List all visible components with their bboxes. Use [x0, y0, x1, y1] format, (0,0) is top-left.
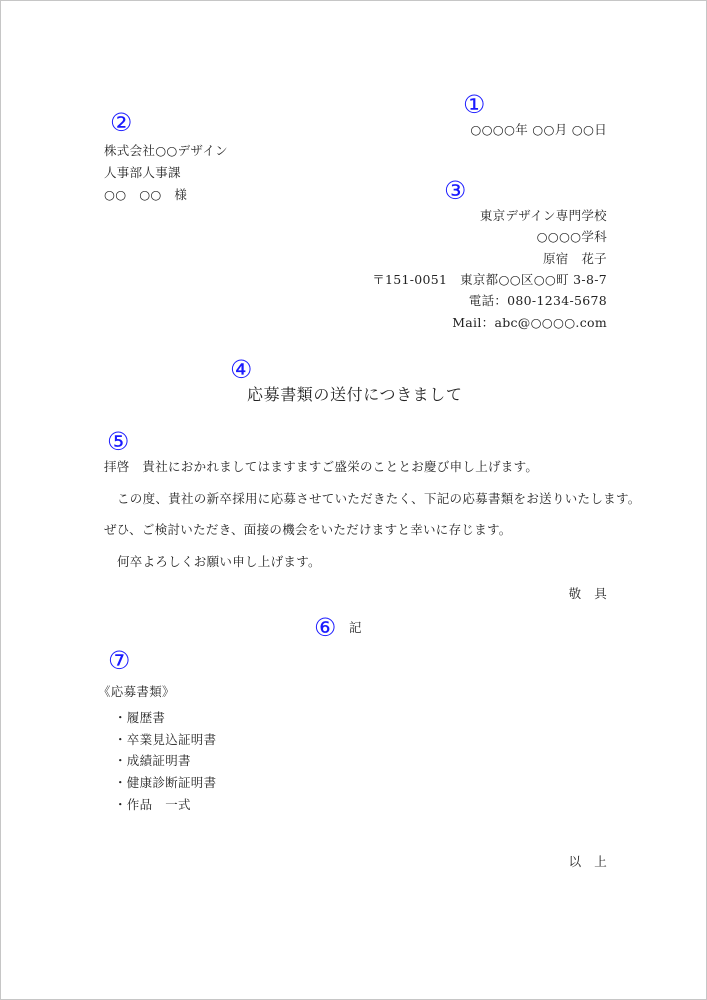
enclosure-item: ・成績証明書	[114, 753, 191, 769]
enclosures-heading: 《応募書類》	[98, 684, 175, 700]
body-paragraph-1: この度、貴社の新卒採用に応募させていただきたく、下記の応募書類をお送りいたします…	[117, 491, 641, 507]
letter-page: ① ○○○○年 ○○月 ○○日 ② 株式会社○○デザイン 人事部人事課 ○○ ○…	[0, 0, 707, 1000]
marker-4: ④	[230, 357, 252, 383]
ki-label: 記	[349, 620, 362, 636]
enclosure-item: ・卒業見込証明書	[114, 732, 216, 748]
enclosure-item: ・健康診断証明書	[114, 775, 216, 791]
sender-name: 原宿 花子	[543, 251, 607, 267]
body-closing: 敬 具	[569, 586, 607, 602]
marker-5: ⑤	[107, 429, 129, 455]
enclosure-item: ・履歴書	[114, 710, 165, 726]
marker-1: ①	[463, 92, 485, 118]
recipient-name: ○○ ○○ 様	[104, 187, 187, 203]
enclosure-item: ・作品 一式	[114, 797, 191, 813]
sender-course: ○○○○学科	[537, 229, 607, 245]
marker-2: ②	[110, 110, 132, 136]
end-mark: 以 上	[569, 854, 607, 870]
sender-address: 〒151-0051 東京都○○区○○町 3-8-7	[372, 272, 607, 288]
subject-title: 応募書類の送付につきまして	[247, 387, 462, 403]
body-paragraph-3: 何卒よろしくお願い申し上げます。	[117, 554, 321, 570]
body-opening: 拝啓 貴社におかれましてはますますご盛栄のこととお慶び申し上げます。	[104, 459, 538, 475]
body-paragraph-2: ぜひ、ご検討いただき、面接の機会をいただけますと幸いに存じます。	[104, 522, 512, 538]
sender-school: 東京デザイン専門学校	[480, 208, 607, 224]
marker-7: ⑦	[108, 648, 130, 674]
sender-phone: 電話：080-1234-5678	[469, 293, 607, 309]
recipient-company: 株式会社○○デザイン	[104, 143, 228, 159]
date: ○○○○年 ○○月 ○○日	[470, 122, 607, 138]
marker-6: ⑥	[314, 615, 336, 641]
sender-mail: Mail：abc@○○○○.com	[452, 315, 607, 331]
recipient-department: 人事部人事課	[104, 165, 181, 181]
marker-3: ③	[444, 178, 466, 204]
